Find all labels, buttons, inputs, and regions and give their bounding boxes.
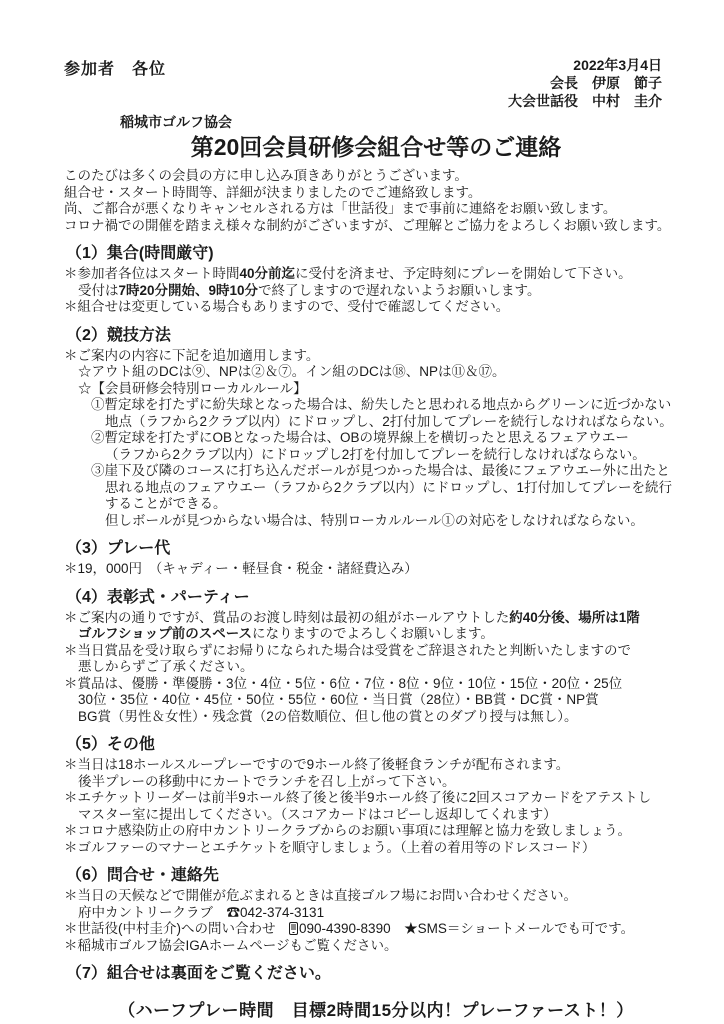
section-heading: （5）その他 [66, 735, 688, 755]
association-name: 稲城市ゴルフ協会 [120, 112, 688, 132]
intro-line: コロナ禍での開催を踏まえ様々な制約がございますが、ご理解とご協力をよろしくお願い… [64, 218, 688, 235]
section-rules: （2）競技方法 ＊ご案内の内容に下記を追加適用します。 ☆アウト組のDCは⑨、N… [64, 326, 688, 530]
intro-line: このたびは多くの会員の方に申し込み頂きありがとうございます。 [64, 168, 688, 185]
text-run: ＊参加者各位はスタート時間 [64, 266, 240, 281]
phone-number: 090-4390-8390 [299, 921, 391, 936]
phone-icon: ☎ [227, 905, 241, 920]
section-contact: （6）問合せ・連絡先 ＊当日の天候などで開催が危ぶまれるときは直接ゴルフ場にお問… [64, 866, 688, 954]
body-line: 地点（ラフから2クラブ以内）にドロップし、2打付加してプレーを続行しなければなら… [64, 414, 688, 431]
body-line: ☆【会員研修会特別ローカルルール】 [64, 381, 688, 398]
section-fee: （3）プレー代 ＊19，000円 （キャディー・軽昼食・税金・諸経費込み） [64, 539, 688, 578]
date-line: 2022年3月4日 [508, 56, 662, 74]
chairman-line: 会長 伊原 節子 [508, 74, 662, 92]
text-run: になりますのでよろしくお願いします。 [252, 626, 494, 641]
body-line: （ラフから2クラブ以内）にドロップし2打を付加してプレーを続行しなければならない… [64, 447, 688, 464]
section-other: （5）その他 ＊当日は18ホールスループレーですので9ホール終了後軽食ランチが配… [64, 735, 688, 856]
body-line: 但しボールが見つからない場合は、特別ローカルルール①の対応をしなければならない。 [64, 513, 688, 530]
body-line: 30位・35位・40位・45位・50位・55位・60位・当日賞（28位）・BB賞… [64, 692, 688, 709]
body-line: ①暫定球を打たずに紛失球となった場合は、紛失したと思われる地点からグリーンに近づ… [64, 397, 688, 414]
section-pairings: （7）組合せは裏面をご覧ください。 [64, 964, 688, 984]
body-line: ＊世話役(中村圭介)への問い合わせ 090-4390-8390 ★SMS＝ショー… [64, 921, 688, 938]
document-header: 参加者 各位 2022年3月4日 会長 伊原 節子 大会世話役 中村 圭介 [64, 56, 688, 110]
body-line: ＊ゴルファーのマナーとエチケットを順守しましょう。（上着の着用等のドレスコード） [64, 840, 688, 857]
body-line: ＊当日の天候などで開催が危ぶまれるときは直接ゴルフ場にお問い合わせください。 [64, 888, 688, 905]
body-line: 悪しからずご了承ください。 [64, 659, 688, 676]
section-awards: （4）表彰式・パーティー ＊ご案内の通りですが、賞品のお渡し時刻は最初の組がホー… [64, 588, 688, 726]
body-line: BG賞（男性＆女性）・残念賞（2の倍数順位、但し他の賞とのダブり授与は無し）。 [64, 709, 688, 726]
mobile-phone-icon [289, 922, 298, 935]
body-line: ＊ご案内の内容に下記を追加適用します。 [64, 348, 688, 365]
body-line: ＊ご案内の通りですが、賞品のお渡し時刻は最初の組がホールアウトした約40分後、場… [64, 610, 688, 627]
body-line: ゴルフショップ前のスペースになりますのでよろしくお願いします。 [64, 626, 688, 643]
body-line: ③崖下及び隣のコースに打ち込んだボールが見つかった場合は、最後にフェアウエー外に… [64, 463, 688, 480]
body-line: ＊当日賞品を受け取らずにお帰りになられた場合は受賞をご辞退されたと判断いたします… [64, 643, 688, 660]
body-line: ＊コロナ感染防止の府中カントリークラブからのお願い事項には理解と協力を致しましょ… [64, 823, 688, 840]
text-run: 受付は [78, 283, 119, 298]
body-line: 府中カントリークラブ ☎042-374-3131 [64, 905, 688, 922]
body-line: ＊当日は18ホールスループレーですので9ホール終了後軽食ランチが配布されます。 [64, 757, 688, 774]
document-page: 参加者 各位 2022年3月4日 会長 伊原 節子 大会世話役 中村 圭介 稲城… [0, 0, 724, 1024]
text-run: ＊世話役(中村圭介)への問い合わせ [64, 921, 289, 936]
section-heading: （1）集合(時間厳守) [66, 244, 688, 264]
body-line: ＊組合せは変更している場合もありますので、受付で確認してください。 [64, 299, 688, 316]
text-run: 府中カントリークラブ [78, 905, 227, 920]
section-heading: （3）プレー代 [66, 539, 688, 559]
bold-run: ゴルフショップ前のスペース [78, 626, 252, 641]
recipient-line: 参加者 各位 [64, 56, 166, 79]
intro-block: このたびは多くの会員の方に申し込み頂きありがとうございます。 組合せ・スタート時… [64, 168, 688, 234]
body-line: ＊19，000円 （キャディー・軽昼食・税金・諸経費込み） [64, 561, 688, 578]
body-line: することができる。 [64, 496, 688, 513]
intro-line: 組合せ・スタート時間等、詳細が決まりましたのでご連絡致します。 [64, 185, 688, 202]
body-line: 後半プレーの移動中にカートでランチを召し上がって下さい。 [64, 774, 688, 791]
section-heading: （6）問合せ・連絡先 [66, 866, 688, 886]
header-right-block: 2022年3月4日 会長 伊原 節子 大会世話役 中村 圭介 [508, 56, 688, 110]
body-line: ＊参加者各位はスタート時間40分前迄に受付を済ませ、予定時刻にプレーを開始して下… [64, 266, 688, 283]
body-line: マスター室に提出してください。（スコアカードはコピーし返却してくれます） [64, 807, 688, 824]
section-heading: （4）表彰式・パーティー [66, 588, 688, 608]
steward-line: 大会世話役 中村 圭介 [508, 92, 662, 110]
intro-line: 尚、ご都合が悪くなりキャンセルされる方は「世話役」まで事前に連絡をお願い致します… [64, 201, 688, 218]
body-line: 思れる地点のフェアウエー（ラフから2クラブ以内）にドロップし、1打付加してプレー… [64, 480, 688, 497]
body-line: 受付は7時20分開始、9時10分で終了しますので遅れないようお願いします。 [64, 283, 688, 300]
body-line: ②暫定球を打たずにOBとなった場合は、OBの境界線上を横切ったと思えるフェアウエ… [64, 430, 688, 447]
section-heading: （2）競技方法 [66, 326, 688, 346]
body-line: ☆アウト組のDCは⑨、NPは②＆⑦。イン組のDCは⑱、NPは⑪＆⑰。 [64, 364, 688, 381]
footer-note: （ハーフプレー時間 目標2時間15分以内！プレーファースト！） [64, 996, 688, 1021]
body-line: ＊稲城市ゴルフ協会IGAホームページもご覧ください。 [64, 938, 688, 955]
body-line: ＊賞品は、優勝・準優勝・3位・4位・5位・6位・7位・8位・9位・10位・15位… [64, 676, 688, 693]
section-heading: （7）組合せは裏面をご覧ください。 [66, 964, 688, 984]
page-title: 第20回会員研修会組合せ等のご連絡 [64, 132, 688, 162]
text-run: で終了しますので遅れないようお願いします。 [258, 283, 540, 298]
text-run: ＊ご案内の通りですが、賞品のお渡し時刻は最初の組がホールアウトした [64, 610, 509, 625]
bold-run: 約40分後、場所は1階 [509, 610, 640, 625]
bold-run: 40分前迄 [240, 266, 296, 281]
text-run: に受付を済ませ、予定時刻にプレーを開始して下さい。 [295, 266, 632, 281]
text-run: ★SMS＝ショートメールでも可です。 [391, 921, 635, 936]
bold-run: 7時20分開始、9時10分 [119, 283, 259, 298]
phone-number: 042-374-3131 [240, 905, 324, 920]
section-gathering: （1）集合(時間厳守) ＊参加者各位はスタート時間40分前迄に受付を済ませ、予定… [64, 244, 688, 316]
body-line: ＊エチケットリーダーは前半9ホール終了後と後半9ホール終了後に2回スコアカードを… [64, 790, 688, 807]
